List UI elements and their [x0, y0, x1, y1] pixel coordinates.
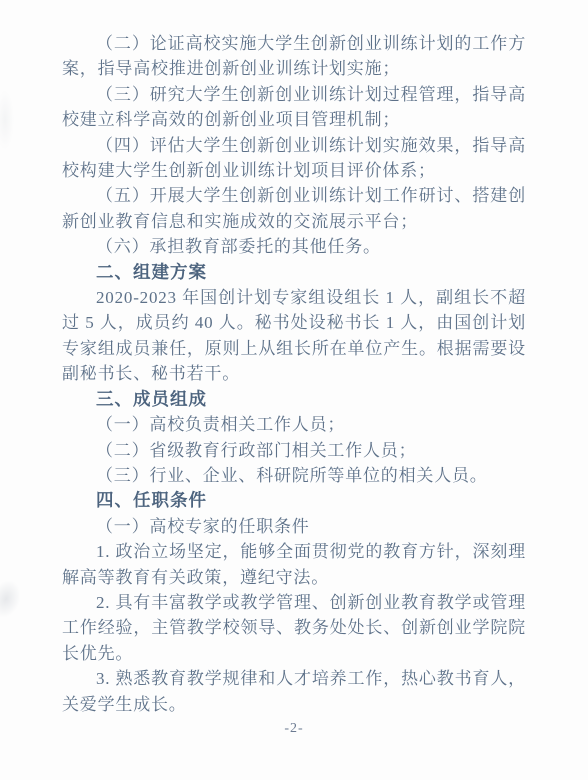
paragraph: 1. 政治立场坚定，能够全面贯彻党的教育方针，深刻理解高等教育有关政策，遵纪守法… [62, 539, 526, 590]
page-number: -2- [0, 716, 588, 741]
section-heading: 二、组建方案 [62, 260, 526, 285]
paragraph: （五）开展大学生创新创业训练计划工作研讨、搭建创新创业教育信息和实施成效的交流展… [62, 183, 526, 234]
scan-artifact [0, 90, 14, 150]
paragraph: （六）承担教育部委托的其他任务。 [62, 234, 526, 259]
paragraph: 2. 具有丰富教学或教学管理、创新创业教育教学或管理工作经验，主管教学校领导、教… [62, 590, 526, 666]
scanned-document-page: （二）论证高校实施大学生创新创业训练计划的工作方案，指导高校推进创新创业训练计划… [0, 0, 588, 780]
section-heading: 四、任职条件 [62, 488, 526, 513]
paragraph: （四）评估大学生创新创业训练计划实施效果，指导高校构建大学生创新创业训练计划项目… [62, 133, 526, 184]
document-body: （二）论证高校实施大学生创新创业训练计划的工作方案，指导高校推进创新创业训练计划… [62, 31, 526, 717]
paragraph: （三）研究大学生创新创业训练计划过程管理，指导高校建立科学高效的创新创业项目管理… [62, 82, 526, 133]
scan-artifact [0, 577, 25, 622]
paragraph: （一）高校专家的任职条件 [62, 514, 526, 539]
paragraph: （二）论证高校实施大学生创新创业训练计划的工作方案，指导高校推进创新创业训练计划… [62, 31, 526, 82]
paragraph: 3. 熟悉教育教学规律和人才培养工作，热心教书育人，关爱学生成长。 [62, 666, 526, 717]
paragraph: （一）高校负责相关工作人员； [62, 412, 526, 437]
section-heading: 三、成员组成 [62, 387, 526, 412]
paragraph: （二）省级教育行政部门相关工作人员； [62, 438, 526, 463]
paragraph: 2020-2023 年国创计划专家组设组长 1 人，副组长不超过 5 人，成员约… [62, 285, 526, 387]
paragraph: （三）行业、企业、科研院所等单位的相关人员。 [62, 463, 526, 488]
